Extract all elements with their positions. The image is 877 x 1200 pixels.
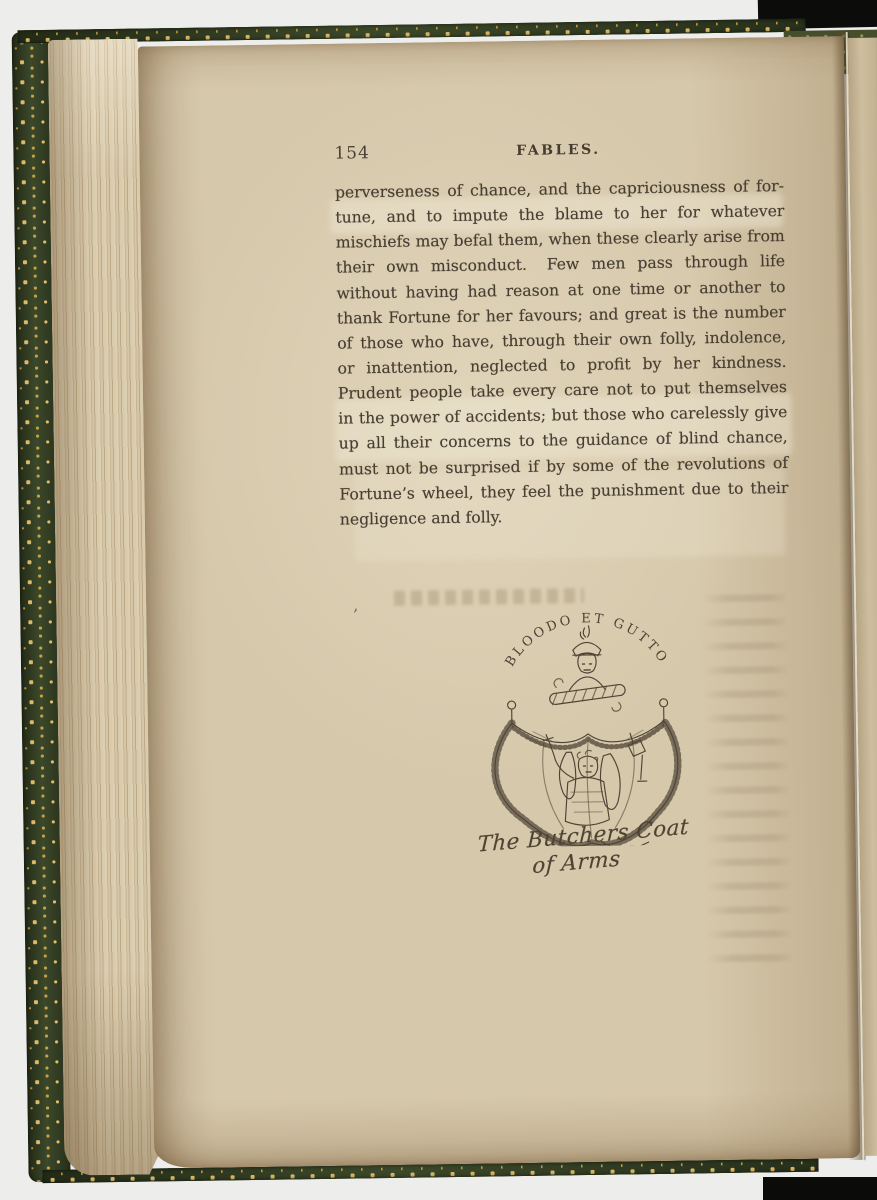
crest-figure (568, 626, 605, 691)
motto-arc-text: BLOODO ET GUTTO (502, 610, 671, 669)
hanging-steel (637, 755, 646, 781)
paragraph: perverseness of chance, and the capricio… (335, 174, 789, 533)
book-photograph: 154 FABLES. perverseness of chance, and … (0, 0, 877, 1200)
coat-of-arms-engraving: BLOODO ET GUTTO (468, 604, 708, 847)
book-page: 154 FABLES. perverseness of chance, and … (138, 36, 861, 1168)
show-through-smudge (702, 577, 794, 978)
ink-speck: , (353, 595, 358, 614)
running-title: FABLES. (334, 139, 782, 162)
show-through-smudge (394, 588, 584, 606)
book: 154 FABLES. perverseness of chance, and … (12, 18, 877, 1185)
page-header: 154 FABLES. (334, 137, 782, 166)
torse-crossed-bones (549, 677, 626, 713)
coat-of-arms-illustration: BLOODO ET GUTTO (468, 604, 708, 909)
dark-backdrop-bottom-right (763, 1177, 877, 1200)
